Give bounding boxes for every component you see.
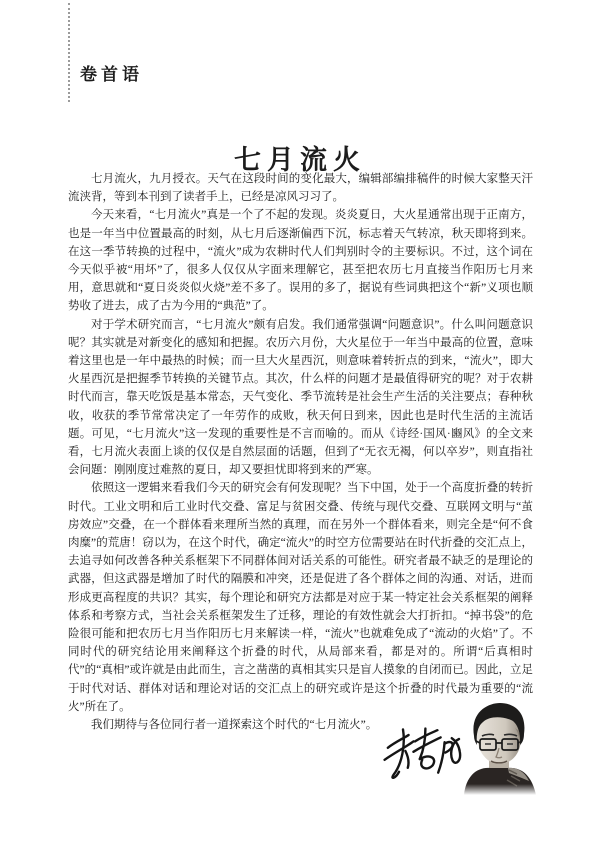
author-signature-icon <box>383 722 463 796</box>
page: 卷首语 七月流火 七月流火，九月授衣。天气在这段时间的变化最大，编辑部编排稿件的… <box>0 0 600 843</box>
author-photo <box>460 700 540 795</box>
author-block <box>380 698 545 798</box>
margin-dotted-line <box>68 3 70 102</box>
paragraph: 依照这一逻辑来看我们今天的研究会有何发现呢？当下中国，处于一个高度折叠的转折时代… <box>68 479 533 716</box>
paragraph: 对于学术研究而言，“七月流火”颇有启发。我们通常强调“问题意识”。什么叫问题意识… <box>68 316 533 480</box>
section-label: 卷首语 <box>80 60 143 85</box>
article-body: 七月流火，九月授衣。天气在这段时间的变化最大，编辑部编排稿件的时候大家整天汗流浃… <box>68 170 533 734</box>
paragraph: 七月流火，九月授衣。天气在这段时间的变化最大，编辑部编排稿件的时候大家整天汗流浃… <box>68 170 533 206</box>
paragraph: 今天来看，“七月流火”真是一个了不起的发现。炎炎夏日，大火星通常出现于正南方，也… <box>68 206 533 315</box>
